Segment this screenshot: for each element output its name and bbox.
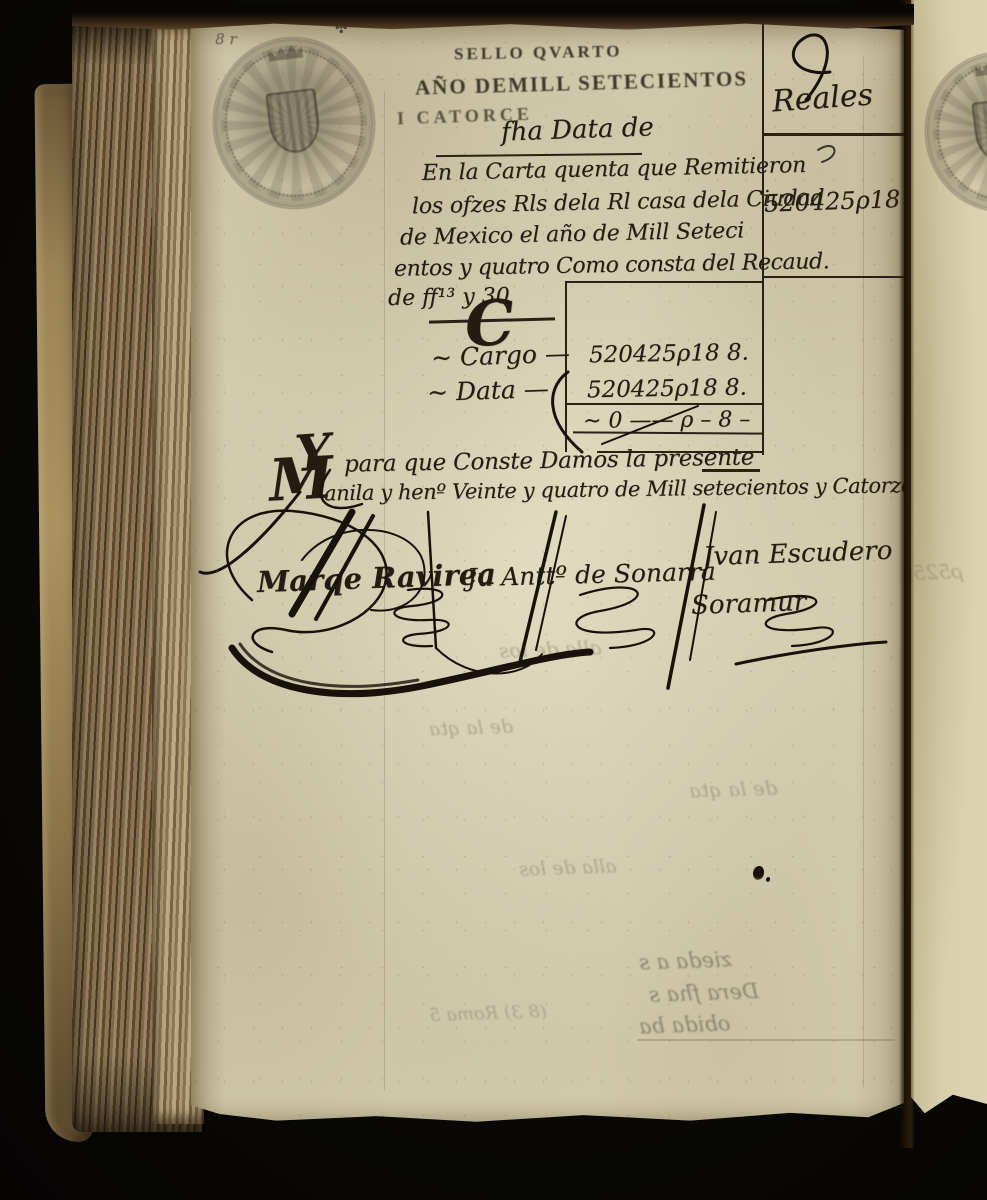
bleedthrough-line: alla de los (499, 635, 602, 663)
facing-page-seal-stamp (916, 43, 987, 220)
sello-cuarto-stamp-line1: SELLO QVARTO (454, 42, 623, 65)
bleedthrough-line: de la qta (429, 716, 514, 741)
margin-column-rule (762, 21, 764, 455)
facing-page-bleedthrough-mark: ρ525( (911, 559, 963, 585)
page-gutter-gap (899, 0, 914, 1148)
zero-balance-line: ∼ 0 —— ρ – 8 – (583, 407, 751, 433)
bleedthrough-line: obida ba (639, 1011, 731, 1038)
data-row-label: ∼ Data — (427, 374, 550, 407)
bleedthrough-rule (637, 1039, 895, 1041)
margin-amount: 520425ρ18 8 (764, 184, 904, 218)
cargo-row-value: 520425ρ18 8. (589, 340, 749, 369)
manuscript-page: 8 r ✣ SELLO QVARTO AÑO DEMILL SETECIENTO… (191, 21, 904, 1125)
account-box-mid-rule (565, 403, 764, 405)
bleedthrough-line: alla de los (519, 855, 617, 880)
photograph-of-manuscript: ρ525( 8 r ✣ SELLO QVARTO AÑO DEMILL SETE… (0, 0, 987, 1200)
bleedthrough-line: de la qta (689, 775, 778, 802)
facing-page-sliver: ρ525( (911, 0, 987, 1150)
margin-cell-rule (762, 276, 904, 278)
margin-column-header: Reales (771, 78, 874, 120)
account-box-top-rule (565, 281, 764, 283)
margin-header-underline (762, 133, 904, 136)
cargo-row-label: ∼ Cargo — (431, 339, 571, 373)
entry-heading: fha Data de (501, 112, 655, 147)
pencil-foliation-mark: 8 r (215, 30, 236, 48)
bleedthrough-line: (8 3) Roma 5 (429, 1001, 547, 1026)
bleedthrough-line: Dera fha s (649, 979, 760, 1007)
signature-3-line-2: Soramur (691, 587, 807, 621)
bleedthrough-line: zieda a s (639, 947, 733, 974)
closing-line-1-dash (702, 469, 760, 472)
data-row-value: 520425ρ18 8. (587, 375, 747, 404)
